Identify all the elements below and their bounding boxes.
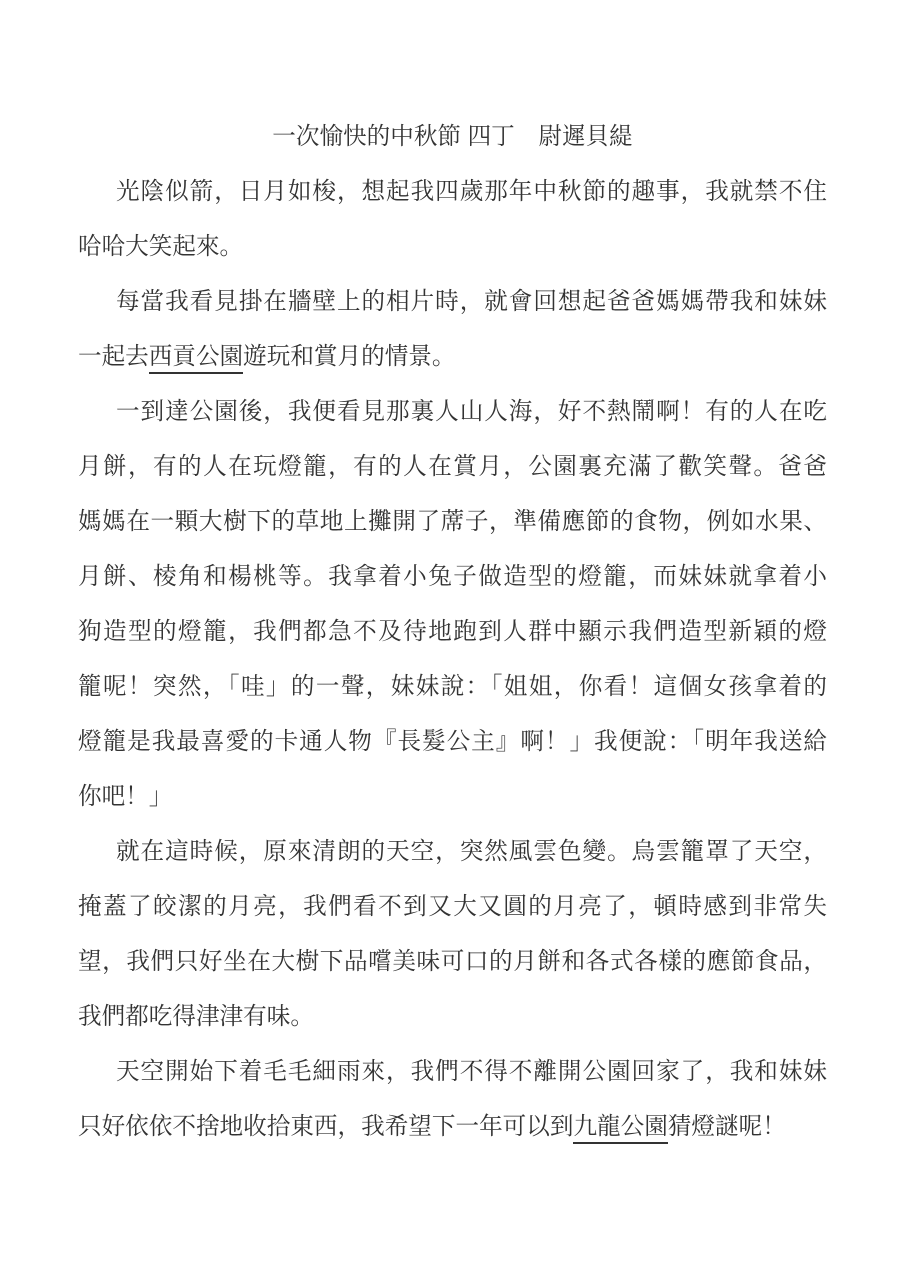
text-line: 每當我看見掛在牆壁上的相片時，就會回想起爸爸媽媽帶我和妹妹 [78, 275, 827, 330]
text-line: 媽媽在一顆大樹下的草地上攤開了蓆子，準備應節的食物，例如水果、 [78, 495, 827, 550]
text-line: 望，我們只好坐在大樹下品嚐美味可口的月餅和各式各樣的應節食品， [78, 935, 827, 990]
text-line: 月餅，有的人在玩燈籠，有的人在賞月，公園裏充滿了歡笑聲。爸爸 [78, 440, 827, 495]
text-line: 我們都吃得津津有味。 [78, 990, 827, 1045]
document-page: 一次愉快的中秋節 四丁 尉遲貝緹 光陰似箭，日月如梭，想起我四歲那年中秋節的趣事… [0, 0, 905, 1280]
text-line: 天空開始下着毛毛細雨來，我們不得不離開公園回家了，我和妹妹 [78, 1045, 827, 1100]
text-segment: 就在這時候，原來清朗的天空，突然風雲色變。烏雲籠罩了天空， [116, 839, 827, 865]
text-segment: 望，我們只好坐在大樹下品嚐美味可口的月餅和各式各樣的應節食品， [78, 949, 827, 975]
text-line: 一到達公園後，我便看見那裏人山人海，好不熱鬧啊！有的人在吃 [78, 385, 827, 440]
text-segment: 遊玩和賞月的情景。 [243, 344, 455, 370]
text-line: 就在這時候，原來清朗的天空，突然風雲色變。烏雲籠罩了天空， [78, 825, 827, 880]
text-segment: 每當我看見掛在牆壁上的相片時，就會回想起爸爸媽媽帶我和妹妹 [116, 289, 827, 315]
text-line: 一起去西貢公園遊玩和賞月的情景。 [78, 330, 827, 385]
essay-title: 一次愉快的中秋節 四丁 尉遲貝緹 [78, 110, 827, 165]
underlined-text: 九龍公園 [573, 1114, 667, 1144]
text-segment: 你吧！」 [78, 784, 172, 810]
essay-paragraphs: 光陰似箭，日月如梭，想起我四歲那年中秋節的趣事，我就禁不住哈哈大笑起來。每當我看… [78, 165, 827, 1155]
text-line: 光陰似箭，日月如梭，想起我四歲那年中秋節的趣事，我就禁不住 [78, 165, 827, 220]
text-segment: 媽媽在一顆大樹下的草地上攤開了蓆子，準備應節的食物，例如水果、 [78, 509, 827, 535]
underlined-text: 西貢公園 [149, 344, 243, 374]
text-line: 你吧！」 [78, 770, 827, 825]
text-line: 哈哈大笑起來。 [78, 220, 827, 275]
text-segment: 籠呢！突然，「哇」的一聲，妹妹說：「姐姐，你看！這個女孩拿着的 [78, 674, 827, 700]
text-line: 月餅、棱角和楊桃等。我拿着小兔子做造型的燈籠，而妹妹就拿着小 [78, 550, 827, 605]
text-segment: 一到達公園後，我便看見那裏人山人海，好不熱鬧啊！有的人在吃 [116, 399, 827, 425]
text-line: 籠呢！突然，「哇」的一聲，妹妹說：「姐姐，你看！這個女孩拿着的 [78, 660, 827, 715]
text-segment: 月餅、棱角和楊桃等。我拿着小兔子做造型的燈籠，而妹妹就拿着小 [78, 564, 827, 590]
text-segment: 狗造型的燈籠，我們都急不及待地跑到人群中顯示我們造型新穎的燈 [78, 619, 827, 645]
text-segment: 光陰似箭，日月如梭，想起我四歲那年中秋節的趣事，我就禁不住 [116, 179, 827, 205]
text-segment: 一起去 [78, 344, 149, 370]
text-line: 狗造型的燈籠，我們都急不及待地跑到人群中顯示我們造型新穎的燈 [78, 605, 827, 660]
essay-content: 一次愉快的中秋節 四丁 尉遲貝緹 光陰似箭，日月如梭，想起我四歲那年中秋節的趣事… [78, 110, 827, 1155]
text-segment: 燈籠是我最喜愛的卡通人物『長髮公主』啊！」我便說：「明年我送給 [78, 729, 827, 755]
text-line: 掩蓋了皎潔的月亮，我們看不到又大又圓的月亮了，頓時感到非常失 [78, 880, 827, 935]
text-line: 只好依依不捨地收拾東西，我希望下一年可以到九龍公園猜燈謎呢！ [78, 1100, 827, 1155]
text-segment: 只好依依不捨地收拾東西，我希望下一年可以到 [78, 1114, 573, 1140]
text-segment: 猜燈謎呢！ [668, 1114, 786, 1140]
text-segment: 天空開始下着毛毛細雨來，我們不得不離開公園回家了，我和妹妹 [116, 1059, 827, 1085]
text-segment: 掩蓋了皎潔的月亮，我們看不到又大又圓的月亮了，頓時感到非常失 [78, 894, 827, 920]
text-segment: 月餅，有的人在玩燈籠，有的人在賞月，公園裏充滿了歡笑聲。爸爸 [78, 454, 827, 480]
text-line: 燈籠是我最喜愛的卡通人物『長髮公主』啊！」我便說：「明年我送給 [78, 715, 827, 770]
text-segment: 我們都吃得津津有味。 [78, 1004, 314, 1030]
text-segment: 哈哈大笑起來。 [78, 234, 243, 260]
